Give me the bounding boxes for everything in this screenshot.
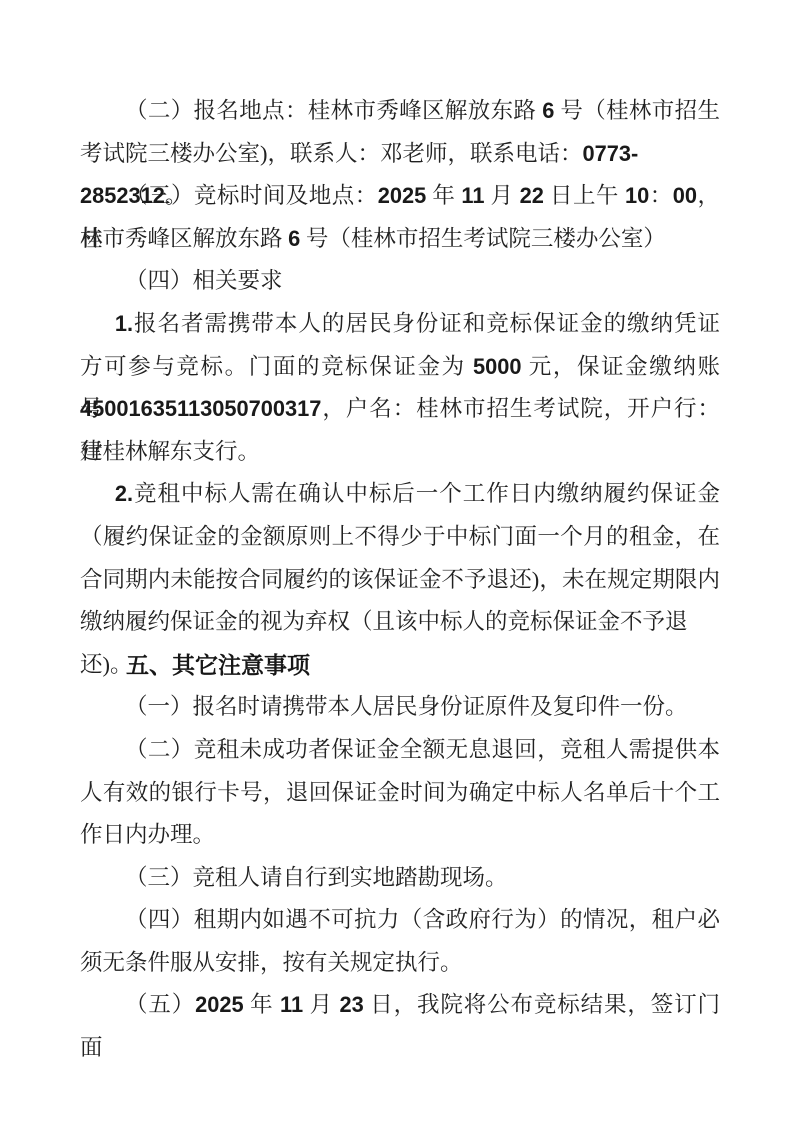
numeric-text: 2025 xyxy=(195,992,244,1017)
numeric-text: 00 xyxy=(673,183,697,208)
text-line: （四）租期内如遇不可抗力（含政府行为）的情况，租户必 xyxy=(80,899,720,942)
text-line: （三）竞标时间及地点：2025 年 11 月 22 日上午 10：00，桂 xyxy=(80,175,720,218)
paragraph: （三）竞标时间及地点：2025 年 11 月 22 日上午 10：00，桂林市秀… xyxy=(80,175,720,260)
numeric-text: 6 xyxy=(542,98,554,123)
section-heading: 五、其它注意事项 xyxy=(80,644,720,687)
text-line: 合同期内未能按合同履约的该保证金不予退还)，未在规定期限内 xyxy=(80,559,720,602)
paragraph: 1.报名者需携带本人的居民身份证和竞标保证金的缴纳凭证方可参与竞标。门面的竞标保… xyxy=(80,303,720,473)
numeric-text: 10 xyxy=(625,183,649,208)
document-page: （二）报名地点：桂林市秀峰区解放东路 6 号（桂林市招生考试院三楼办公室)，联系… xyxy=(0,0,800,1131)
text-line: （履约保证金的金额原则上不得少于中标门面一个月的租金，在 xyxy=(80,516,720,559)
numeric-text: 6 xyxy=(288,226,300,251)
text-line: 行桂林解东支行。 xyxy=(80,431,720,474)
text-line: 缴纳履约保证金的视为弃权（且该中标人的竞标保证金不予退还)。 xyxy=(80,601,720,644)
numeric-text: 11 xyxy=(461,183,484,208)
text-line: 五、其它注意事项 xyxy=(80,644,720,687)
text-line: 作日内办理。 xyxy=(80,814,720,857)
numeric-text: 5000 xyxy=(473,354,522,379)
document-body: （二）报名地点：桂林市秀峰区解放东路 6 号（桂林市招生考试院三楼办公室)，联系… xyxy=(80,90,720,1027)
paragraph: （三）竞租人请自行到实地踏勘现场。 xyxy=(80,857,720,900)
numeric-text: 23 xyxy=(339,992,363,1017)
text-line: 45001635113050700317，户名：桂林市招生考试院，开户行：建 xyxy=(80,388,720,431)
text-line: （三）竞租人请自行到实地踏勘现场。 xyxy=(80,857,720,900)
text-line: 考试院三楼办公室)，联系人：邓老师，联系电话：0773-2852312。 xyxy=(80,133,720,176)
text-line: 方可参与竞标。门面的竞标保证金为 5000 元，保证金缴纳账号： xyxy=(80,346,720,389)
paragraph: （四）相关要求 xyxy=(80,260,720,303)
text-line: （二）竞租未成功者保证金全额无息退回，竞租人需提供本 xyxy=(80,729,720,772)
numeric-text: 22 xyxy=(520,183,544,208)
numeric-text: 2. xyxy=(115,481,133,506)
text-line: （二）报名地点：桂林市秀峰区解放东路 6 号（桂林市招生 xyxy=(80,90,720,133)
text-line: 1.报名者需携带本人的居民身份证和竞标保证金的缴纳凭证 xyxy=(80,303,720,346)
numeric-text: 2025 xyxy=(378,183,427,208)
text-line: 林市秀峰区解放东路 6 号（桂林市招生考试院三楼办公室） xyxy=(80,218,720,261)
paragraph: （二）报名地点：桂林市秀峰区解放东路 6 号（桂林市招生考试院三楼办公室)，联系… xyxy=(80,90,720,175)
text-line: 2.竞租中标人需在确认中标后一个工作日内缴纳履约保证金 xyxy=(80,473,720,516)
numeric-text: 1. xyxy=(115,311,133,336)
paragraph: （四）租期内如遇不可抗力（含政府行为）的情况，租户必须无条件服从安排，按有关规定… xyxy=(80,899,720,984)
paragraph: （一）报名时请携带本人居民身份证原件及复印件一份。 xyxy=(80,686,720,729)
text-line: 须无条件服从安排，按有关规定执行。 xyxy=(80,942,720,985)
text-line: （一）报名时请携带本人居民身份证原件及复印件一份。 xyxy=(80,686,720,729)
text-line: （四）相关要求 xyxy=(80,260,720,303)
text-line: 人有效的银行卡号，退回保证金时间为确定中标人名单后十个工 xyxy=(80,772,720,815)
paragraph: （二）竞租未成功者保证金全额无息退回，竞租人需提供本人有效的银行卡号，退回保证金… xyxy=(80,729,720,857)
paragraph: 2.竞租中标人需在确认中标后一个工作日内缴纳履约保证金（履约保证金的金额原则上不… xyxy=(80,473,720,643)
text-line: （五）2025 年 11 月 23 日，我院将公布竞标结果，签订门面 xyxy=(80,984,720,1027)
numeric-text: 11 xyxy=(280,992,303,1017)
paragraph: （五）2025 年 11 月 23 日，我院将公布竞标结果，签订门面 xyxy=(80,984,720,1027)
numeric-text: 45001635113050700317 xyxy=(80,396,321,421)
